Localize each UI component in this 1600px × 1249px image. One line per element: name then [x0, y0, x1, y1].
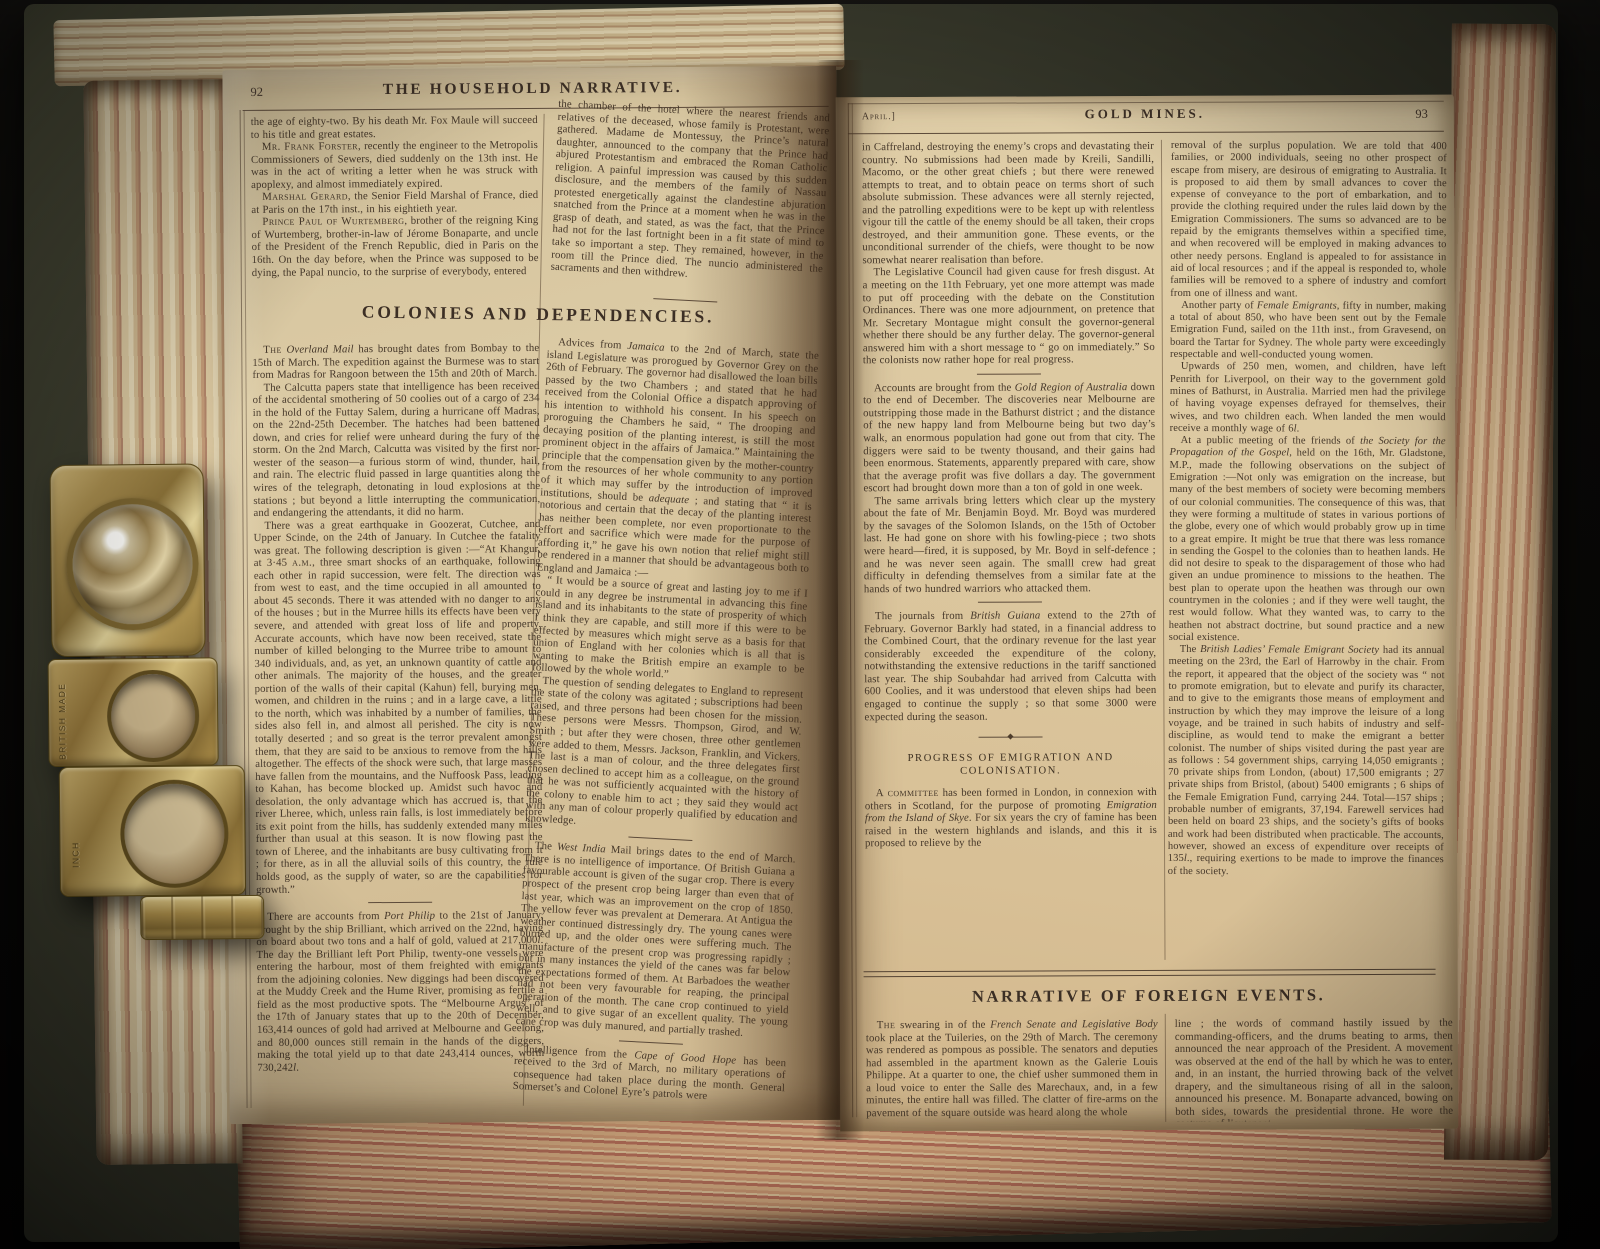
loupe-lens-frame	[50, 463, 206, 657]
article-divider	[978, 602, 1042, 603]
paragraph: There was a great earthquake in Goozerat…	[253, 518, 543, 896]
fore-edge-right	[1444, 24, 1556, 1161]
foreign-events-column1: The swearing in of the French Senate and…	[866, 1018, 1158, 1123]
paragraph: “ It would be a source of great and last…	[532, 574, 808, 689]
paragraph: The journals from British Guiana extend …	[864, 609, 1156, 723]
paragraph: Upwards of 250 men, women, and children,…	[1170, 361, 1446, 436]
left-page-header: 92 THE HOUSEHOLD NARRATIVE.	[248, 78, 816, 104]
running-title: THE HOUSEHOLD NARRATIVE.	[248, 78, 816, 100]
article-divider	[628, 837, 692, 841]
left-column1-top: the age of eighty-two. By his death Mr. …	[251, 114, 539, 310]
right-page-header: April.] GOLD MINES. 93	[860, 105, 1430, 129]
header-rule	[848, 131, 1444, 135]
paragraph: The Calcutta papers state that intellige…	[253, 380, 541, 520]
paragraph: removal of the surplus population. We ar…	[1170, 140, 1447, 301]
paragraph: The same arrivals bring letters which cl…	[863, 494, 1155, 596]
magnifying-loupe: BRITISH MADE INCH	[43, 457, 262, 945]
loupe-lens	[66, 498, 199, 631]
left-column1-body: The Overland Mail has brought dates from…	[252, 342, 544, 1104]
top-rule	[848, 101, 1444, 105]
right-column1: in Caffreland, destroying the enemy’s cr…	[862, 140, 1158, 961]
paragraph: There are accounts from Port Philip to t…	[256, 909, 544, 1074]
article-divider	[619, 1040, 683, 1044]
loupe-inch-label: INCH	[70, 798, 81, 868]
loupe-aperture	[107, 670, 200, 763]
paragraph: The Legislative Council had given cause …	[862, 265, 1154, 367]
diamond-divider	[979, 733, 1043, 741]
section-double-rule	[864, 969, 1436, 977]
paragraph: The Overland Mail has brought dates from…	[252, 342, 539, 382]
right-page: April.] GOLD MINES. 93 in Caffreland, de…	[836, 95, 1459, 1132]
paragraph: Mr. Frank Forster, recently the engineer…	[251, 139, 538, 191]
loupe-middle-frame: BRITISH MADE	[48, 657, 219, 767]
paragraph: line ; the words of command hastily issu…	[1175, 1017, 1453, 1122]
margin-rule	[848, 103, 857, 1117]
left-column2-body: Advices from Jamaica to the 2nd of March…	[512, 336, 819, 1107]
paragraph: Prince Paul of Wurtemberg, brother of th…	[251, 214, 538, 279]
loupe-hinge	[140, 895, 264, 940]
paragraph: Another party of Female Emigrants, fifty…	[1170, 300, 1446, 363]
paragraph: The swearing in of the French Senate and…	[866, 1018, 1158, 1120]
section-heading-foreign-events: NARRATIVE OF FOREIGN EVENTS.	[840, 985, 1458, 1008]
foreign-events-column2: line ; the words of command hastily issu…	[1175, 1017, 1453, 1122]
column-rule	[1165, 1014, 1166, 1122]
paragraph: Marshal Gerard, the Senior Field Marshal…	[251, 189, 538, 216]
article-divider	[368, 902, 432, 903]
left-page: 92 THE HOUSEHOLD NARRATIVE. the age of e…	[222, 66, 843, 1124]
paragraph: Intelligence from the Cape of Good Hope …	[512, 1042, 786, 1107]
article-divider	[977, 373, 1041, 374]
book-photograph: 92 THE HOUSEHOLD NARRATIVE. the age of e…	[0, 0, 1600, 1249]
paragraph: the chamber of the hotel where the neare…	[550, 98, 830, 288]
column-rule	[1161, 140, 1166, 960]
loupe-lower-frame: INCH	[59, 765, 246, 897]
paragraph: the age of eighty-two. By his death Mr. …	[251, 114, 538, 141]
paragraph: Advices from Jamaica to the 2nd of March…	[537, 336, 820, 589]
paragraph: A committee has been formed in London, i…	[865, 786, 1157, 850]
running-title-right: GOLD MINES.	[860, 105, 1430, 123]
subsection-heading: PROGRESS OF EMIGRATION AND COLONISATION.	[867, 752, 1155, 778]
paragraph: The question of sending delegates to Eng…	[525, 674, 804, 839]
loupe-maker-label: BRITISH MADE	[57, 666, 68, 760]
loupe-aperture	[120, 779, 229, 888]
right-column2: removal of the surplus population. We ar…	[1167, 140, 1447, 961]
paragraph: At a public meeting of the friends of th…	[1169, 435, 1446, 645]
paragraph: Accounts are brought from the Gold Regio…	[863, 381, 1155, 495]
left-column2: the chamber of the hotel where the neare…	[510, 98, 830, 1124]
page-number-right: 93	[1415, 107, 1428, 122]
article-divider	[653, 298, 717, 302]
paragraph: The West India Mail brings dates to the …	[516, 839, 796, 1041]
paragraph: in Caffreland, destroying the enemy’s cr…	[862, 140, 1155, 267]
paragraph: The British Ladies’ Female Emigrant Soci…	[1168, 644, 1445, 879]
left-column2-top: the chamber of the hotel where the neare…	[550, 98, 830, 300]
